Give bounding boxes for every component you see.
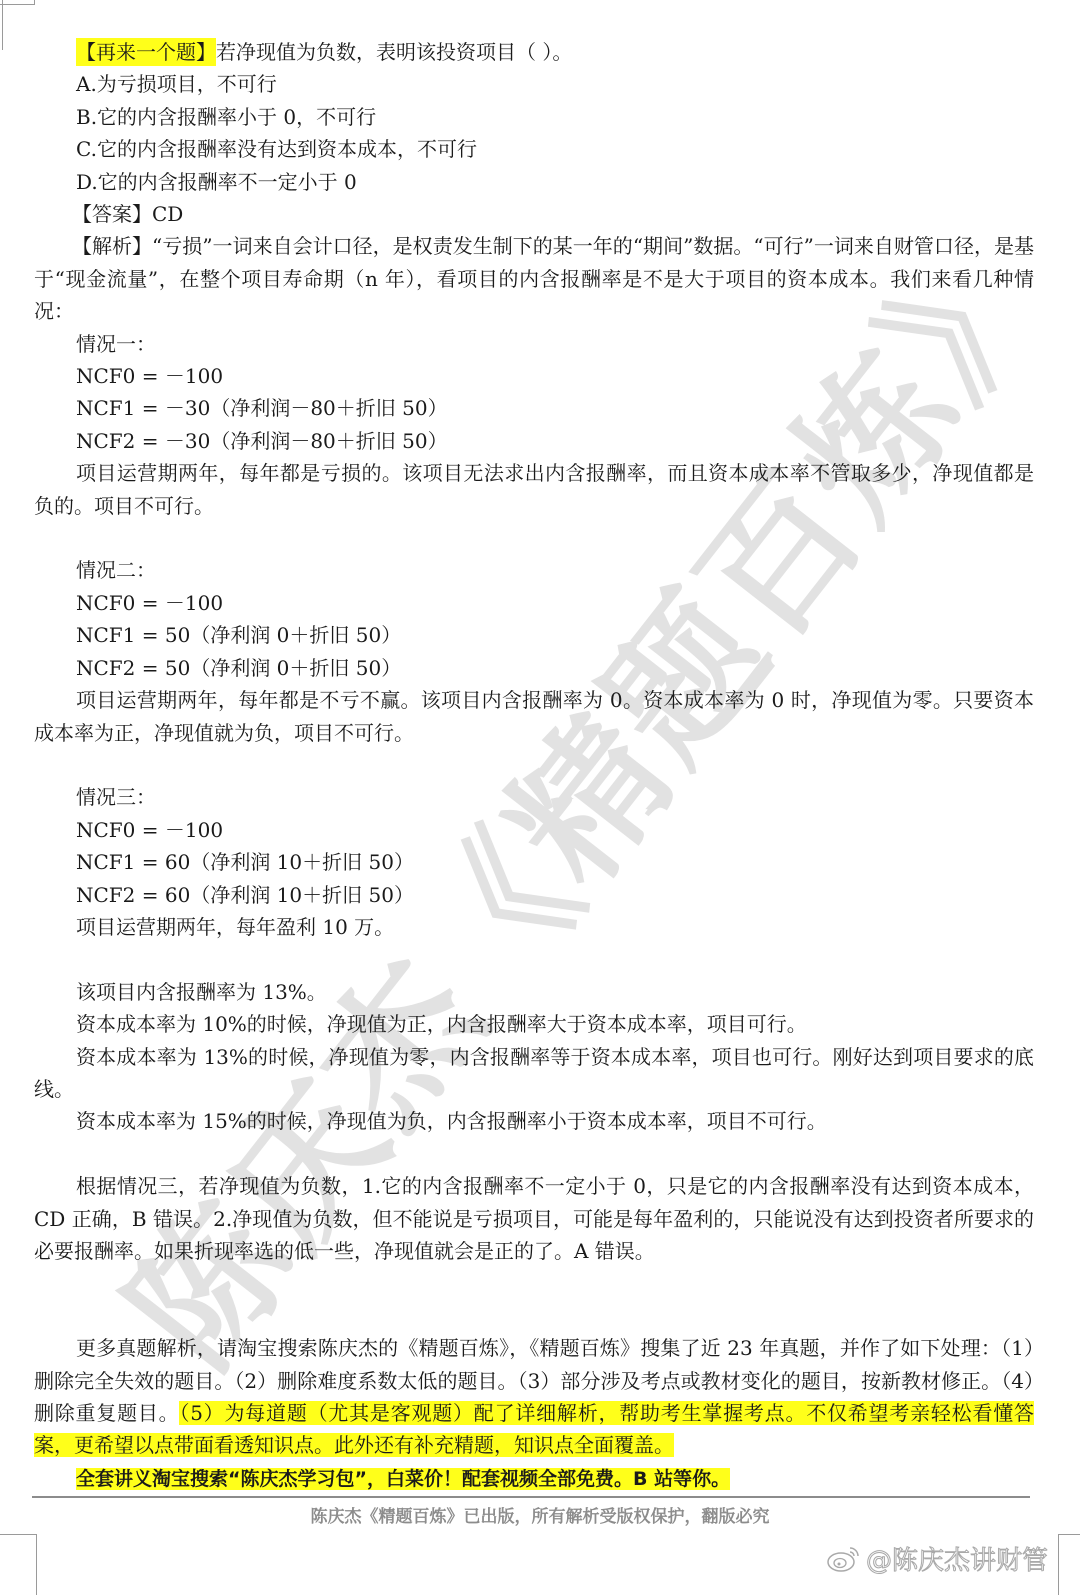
option-a: A.为亏损项目，不可行	[34, 68, 1034, 100]
question-text: 若净现值为负数，表明该投资项目（ ）。	[216, 40, 572, 64]
case-3-ncf1: NCF1 = 60（净利润 10＋折旧 50）	[34, 846, 1034, 878]
weibo-watermark: @陈庆杰讲财管	[826, 1538, 1048, 1578]
promo-highlighted-text: （5）为每道题（尤其是客观题）配了详细解析，帮助考生掌握考点。不仅希望考亲轻松看…	[34, 1401, 1034, 1457]
case-1-ncf2: NCF2 = －30（净利润－80＋折旧 50）	[34, 425, 1034, 457]
crop-mark-bottom-right	[1058, 1534, 1080, 1595]
case-3-ncf0: NCF0 = －100	[34, 814, 1034, 846]
promo-cta: 全套讲义淘宝搜索“陈庆杰学习包”，白菜价！配套视频全部免费。B 站等你。	[76, 1468, 730, 1490]
case-3-conclusion: 项目运营期两年，每年盈利 10 万。	[34, 911, 1034, 943]
question-tag: 【再来一个题】	[76, 38, 216, 66]
case-3-ncf2: NCF2 = 60（净利润 10＋折旧 50）	[34, 879, 1034, 911]
spacer	[34, 522, 1034, 554]
irr-note-4: 资本成本率为 15%的时候，净现值为负，内含报酬率小于资本成本率，项目不可行。	[34, 1105, 1034, 1137]
option-d: D.它的内含报酬率不一定小于 0	[34, 166, 1034, 198]
case-1-ncf1: NCF1 = －30（净利润－80＋折旧 50）	[34, 392, 1034, 424]
copyright-footer: 陈庆杰《精题百炼》已出版，所有解析受版权保护，翻版必究	[0, 1502, 1080, 1527]
footer-divider	[32, 1496, 1030, 1498]
spacer	[34, 1300, 1034, 1332]
promo-paragraph: 更多真题解析，请淘宝搜索陈庆杰的《精题百炼》，《精题百炼》搜集了近 23 年真题…	[34, 1332, 1034, 1462]
case-1-ncf0: NCF0 = －100	[34, 360, 1034, 392]
promo-cta-line: 全套讲义淘宝搜索“陈庆杰学习包”，白菜价！配套视频全部免费。B 站等你。	[34, 1462, 1034, 1495]
irr-note-1: 该项目内含报酬率为 13%。	[34, 976, 1034, 1008]
spacer	[34, 943, 1034, 975]
answer: 【答案】CD	[34, 198, 1034, 230]
case-2-conclusion: 项目运营期两年，每年都是不亏不赢。该项目内含报酬率为 0。资本成本率为 0 时，…	[34, 684, 1034, 749]
case-3-title: 情况三：	[34, 781, 1034, 813]
option-b: B.它的内含报酬率小于 0，不可行	[34, 101, 1034, 133]
weibo-handle: @陈庆杰讲财管	[866, 1540, 1048, 1577]
document-body: 【再来一个题】若净现值为负数，表明该投资项目（ ）。 A.为亏损项目，不可行 B…	[34, 36, 1034, 1495]
spacer	[34, 749, 1034, 781]
case-2-title: 情况二：	[34, 554, 1034, 586]
case-1-title: 情况一：	[34, 328, 1034, 360]
irr-note-3: 资本成本率为 13%的时候，净现值为零，内含报酬率等于资本成本率，项目也可行。刚…	[34, 1041, 1034, 1106]
case-2-ncf0: NCF0 = －100	[34, 587, 1034, 619]
analysis-summary: 根据情况三，若净现值为负数，1.它的内含报酬率不一定小于 0，只是它的内含报酬率…	[34, 1170, 1034, 1267]
case-1-conclusion: 项目运营期两年，每年都是亏损的。该项目无法求出内含报酬率，而且资本成本率不管取多…	[34, 457, 1034, 522]
document-page: 陈庆杰《精题百炼》 【再来一个题】若净现值为负数，表明该投资项目（ ）。 A.为…	[0, 0, 1080, 1595]
case-2-ncf2: NCF2 = 50（净利润 0＋折旧 50）	[34, 652, 1034, 684]
weibo-logo-icon	[826, 1542, 862, 1574]
irr-note-2: 资本成本率为 10%的时候，净现值为正，内含报酬率大于资本成本率，项目可行。	[34, 1008, 1034, 1040]
spacer	[34, 1138, 1034, 1170]
question-stem: 【再来一个题】若净现值为负数，表明该投资项目（ ）。	[34, 36, 1034, 68]
crop-mark-top-left	[0, 0, 35, 5]
option-c: C.它的内含报酬率没有达到资本成本，不可行	[34, 133, 1034, 165]
analysis-intro: 【解析】“亏损”一词来自会计口径，是权责发生制下的某一年的“期间”数据。“可行”…	[34, 230, 1034, 327]
crop-mark-top-left-vertical	[2, 0, 3, 50]
crop-mark-bottom-left	[0, 1534, 37, 1595]
case-2-ncf1: NCF1 = 50（净利润 0＋折旧 50）	[34, 619, 1034, 651]
spacer	[34, 1267, 1034, 1299]
